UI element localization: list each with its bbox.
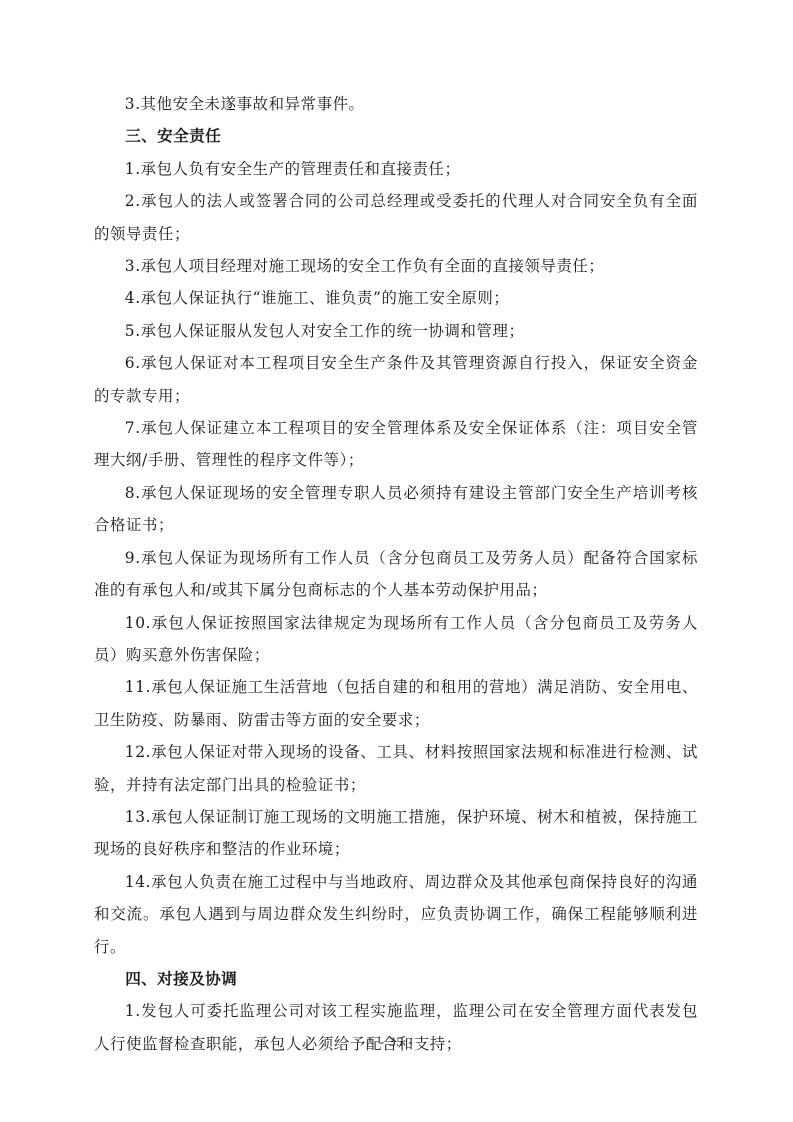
section-heading-coordination: 四、对接及协调 [94, 963, 698, 995]
paragraph-responsibility-5: 5.承包人保证服从发包人对安全工作的统一协调和管理； [94, 315, 698, 347]
paragraph-responsibility-10: 10.承包人保证按照国家法律规定为现场所有工作人员（含分包商员工及劳务人员）购买… [94, 607, 698, 672]
paragraph-responsibility-1: 1.承包人负有安全生产的管理责任和直接责任； [94, 153, 698, 185]
paragraph-responsibility-3: 3.承包人项目经理对施工现场的安全工作负有全面的直接领导责任； [94, 250, 698, 282]
page-number: - 35 - [0, 1034, 793, 1050]
paragraph-responsibility-8: 8.承包人保证现场的安全管理专职人员必须持有建设主管部门安全生产培训考核合格证书… [94, 477, 698, 542]
paragraph-responsibility-2: 2.承包人的法人或签署合同的公司总经理或受委托的代理人对合同安全负有全面的领导责… [94, 185, 698, 250]
paragraph-responsibility-11: 11.承包人保证施工生活营地（包括自建的和租用的营地）满足消防、安全用电、卫生防… [94, 671, 698, 736]
section-heading-safety-responsibility: 三、安全责任 [94, 120, 698, 152]
paragraph-responsibility-13: 13.承包人保证制订施工现场的文明施工措施，保护环境、树木和植被，保持施工现场的… [94, 801, 698, 866]
paragraph-responsibility-14: 14.承包人负责在施工过程中与当地政府、周边群众及其他承包商保持良好的沟通和交流… [94, 866, 698, 963]
paragraph-responsibility-6: 6.承包人保证对本工程项目安全生产条件及其管理资源自行投入，保证安全资金的专款专… [94, 347, 698, 412]
document-page: 3.其他安全未遂事故和异常事件。 三、安全责任 1.承包人负有安全生产的管理责任… [94, 88, 698, 1060]
paragraph-responsibility-4: 4.承包人保证执行“谁施工、谁负责”的施工安全原则； [94, 282, 698, 314]
paragraph-responsibility-7: 7.承包人保证建立本工程项目的安全管理体系及安全保证体系（注：项目安全管理大纲/… [94, 412, 698, 477]
paragraph-coordination-1: 1.发包人可委托监理公司对该工程实施监理，监理公司在安全管理方面代表发包人行使监… [94, 995, 698, 1060]
paragraph-item-3-other-incidents: 3.其他安全未遂事故和异常事件。 [94, 88, 698, 120]
paragraph-responsibility-12: 12.承包人保证对带入现场的设备、工具、材料按照国家法规和标准进行检测、试验，并… [94, 736, 698, 801]
paragraph-responsibility-9: 9.承包人保证为现场所有工作人员（含分包商员工及劳务人员）配备符合国家标准的有承… [94, 542, 698, 607]
